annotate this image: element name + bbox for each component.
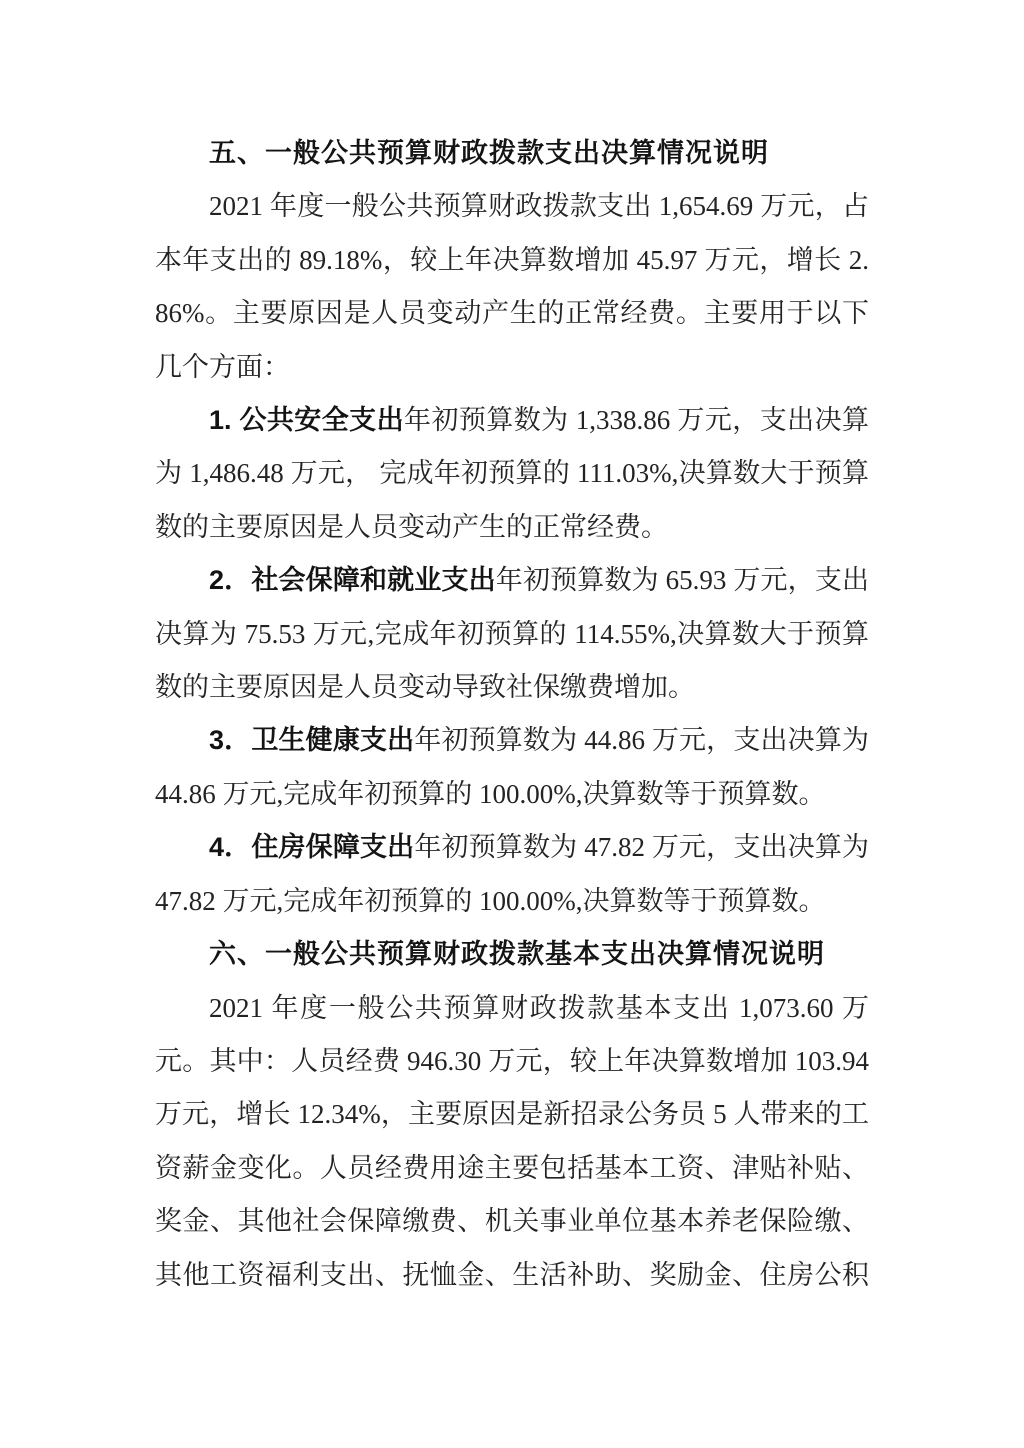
section-5-heading: 五、一般公共预算财政拨款支出决算情况说明 <box>155 127 869 180</box>
expense-item-3-label: 3．卫生健康支出 <box>209 725 414 755</box>
document-page: 五、一般公共预算财政拨款支出决算情况说明 2021 年度一般公共预算财政拨款支出… <box>0 0 1024 1448</box>
expense-item-4: 4．住房保障支出年初预算数为 47.82 万元，支出决算为 47.82 万元,完… <box>155 821 869 928</box>
expense-item-2: 2．社会保障和就业支出年初预算数为 65.93 万元，支出决算为 75.53 万… <box>155 554 869 714</box>
expense-item-1-label: 1. 公共安全支出 <box>209 405 404 435</box>
section-5-intro: 2021 年度一般公共预算财政拨款支出 1,654.69 万元，占本年支出的 8… <box>155 180 869 394</box>
expense-item-4-label: 4．住房保障支出 <box>209 832 414 862</box>
expense-item-3: 3．卫生健康支出年初预算数为 44.86 万元，支出决算为 44.86 万元,完… <box>155 714 869 821</box>
expense-item-2-label: 2．社会保障和就业支出 <box>209 565 496 595</box>
expense-item-1: 1. 公共安全支出年初预算数为 1,338.86 万元，支出决算为 1,486.… <box>155 394 869 554</box>
section-6-intro: 2021 年度一般公共预算财政拨款基本支出 1,073.60 万元。其中：人员经… <box>155 982 869 1302</box>
document-body: 五、一般公共预算财政拨款支出决算情况说明 2021 年度一般公共预算财政拨款支出… <box>155 127 869 1302</box>
section-6-heading: 六、一般公共预算财政拨款基本支出决算情况说明 <box>155 928 869 981</box>
